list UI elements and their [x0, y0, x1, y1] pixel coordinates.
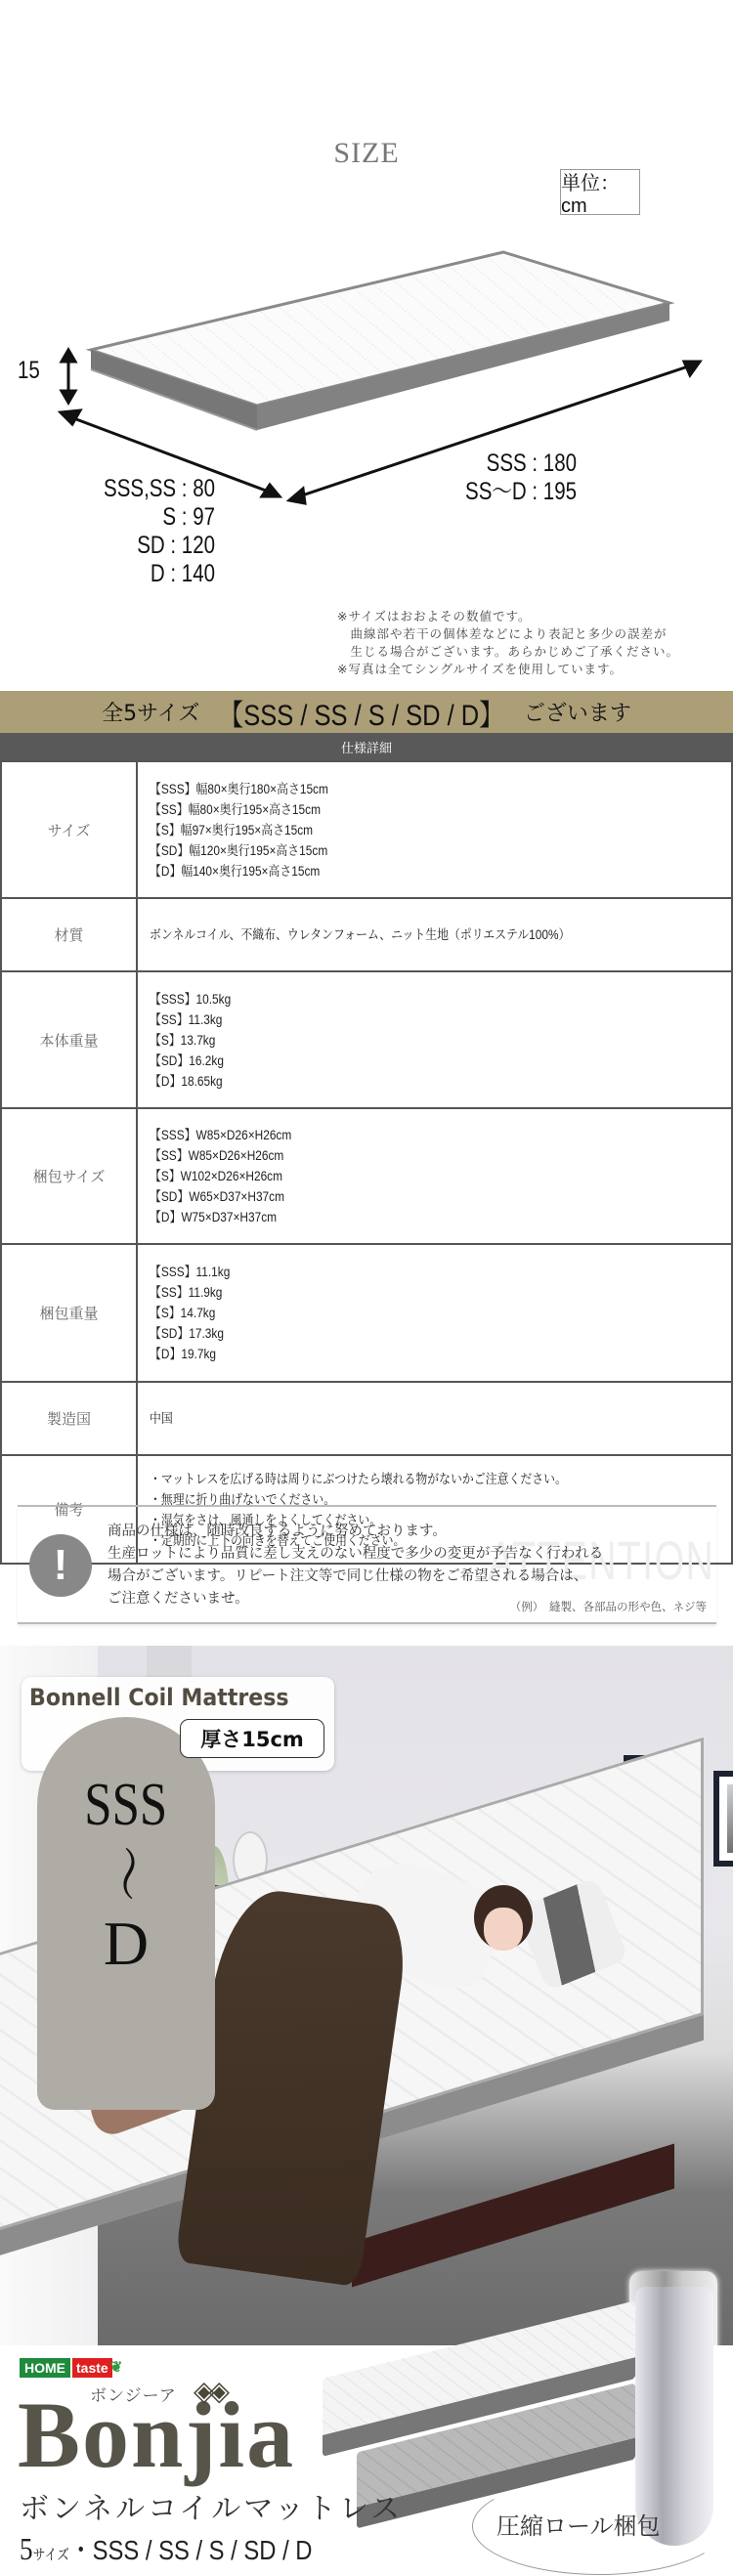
- spec-line: ボンネルコイル、不織布、ウレタンフォーム、ニット生地（ポリエステル100%）: [150, 924, 662, 945]
- spec-line: 【SD】幅120×奥行195×高さ15cm: [150, 840, 662, 861]
- spec-value: 【SSS】W85×D26×H26cm 【SS】W85×D26×H26cm 【S】…: [137, 1108, 732, 1244]
- spec-line: 【D】W75×D37×H37cm: [150, 1207, 662, 1227]
- exclamation-icon: !: [29, 1534, 92, 1597]
- diamond-ornament-icon: ◈◈: [194, 2375, 224, 2407]
- product-badge-title: Bonnell Coil Mattress: [29, 1684, 289, 1711]
- attention-example: （例） 縫製、各部品の形や色、ネジ等: [510, 1599, 707, 1614]
- person-face: [484, 1908, 523, 1951]
- spec-line: 【D】18.65kg: [150, 1071, 662, 1092]
- spec-line: 中国: [150, 1408, 662, 1429]
- spec-line: 【SSS】10.5kg: [150, 989, 662, 1009]
- spec-value: ボンネルコイル、不織布、ウレタンフォーム、ニット生地（ポリエステル100%）: [137, 898, 732, 971]
- width-dimension-sd: SD : 120: [70, 532, 215, 560]
- spec-line: 【SS】W85×D26×H26cm: [150, 1145, 662, 1166]
- brand-kana: ボンジーア: [90, 2382, 177, 2406]
- size-range-bottom: D: [104, 1908, 149, 1980]
- spec-label: 製造国: [1, 1382, 137, 1455]
- size-notes: ※サイズはおおよその数値です。 曲線部や若干の個体差などにより表記と多少の誤差が…: [337, 608, 679, 678]
- picture-frame: [713, 1771, 733, 1867]
- length-dimensions: SSS : 180 SS～D : 195: [449, 450, 577, 506]
- dimension-arrows: [0, 225, 733, 518]
- thickness-badge: 厚さ15cm: [180, 1719, 324, 1758]
- bed-frame: [352, 2144, 674, 2288]
- leaf-icon: ❦: [110, 2358, 123, 2378]
- length-dimension-sss: SSS : 180: [449, 450, 577, 478]
- spec-line: 【SSS】幅80×奥行180×高さ15cm: [150, 779, 662, 799]
- spec-line: 【S】W102×D26×H26cm: [150, 1166, 662, 1186]
- width-dimension-sss-ss: SSS,SS : 80: [70, 475, 215, 503]
- spec-line: 【D】幅140×奥行195×高さ15cm: [150, 861, 662, 881]
- spec-line: 【S】14.7kg: [150, 1303, 662, 1323]
- size-range-arch: SSS ～ D: [37, 1717, 215, 2110]
- spec-line: 【SS】11.3kg: [150, 1009, 662, 1030]
- width-dimension-d: D : 140: [70, 560, 215, 588]
- size-options: ・SSS / SS / S / SD / D: [69, 2535, 313, 2565]
- unit-label: 単位：cm: [560, 169, 640, 215]
- spec-label: 梱包重量: [1, 1244, 137, 1382]
- width-dimension-s: S : 97: [70, 503, 215, 532]
- spec-row-size: サイズ 【SSS】幅80×奥行180×高さ15cm 【SS】幅80×奥行195×…: [1, 761, 732, 898]
- spec-line: 【SSS】W85×D26×H26cm: [150, 1125, 662, 1145]
- spec-value: 【SSS】11.1kg 【SS】11.9kg 【S】14.7kg 【SD】17.…: [137, 1244, 732, 1382]
- spec-row-package-size: 梱包サイズ 【SSS】W85×D26×H26cm 【SS】W85×D26×H26…: [1, 1108, 732, 1244]
- size-count: 5: [20, 2531, 33, 2566]
- spec-line: 【S】13.7kg: [150, 1030, 662, 1051]
- size-title: SIZE: [0, 137, 733, 170]
- spec-line: ・マットレスを広げる時は周りにぶつけたら壊れる物がないかご注意ください。: [150, 1469, 662, 1489]
- spec-label: 梱包サイズ: [1, 1108, 137, 1244]
- spec-label: サイズ: [1, 761, 137, 898]
- spec-row-weight: 本体重量 【SSS】10.5kg 【SS】11.3kg 【S】13.7kg 【S…: [1, 971, 732, 1108]
- height-dimension: 15: [18, 357, 40, 385]
- width-dimensions: SSS,SS : 80 S : 97 SD : 120 D : 140: [70, 475, 215, 588]
- length-dimension-ss-d: SS～D : 195: [449, 478, 577, 506]
- spec-value: 【SSS】10.5kg 【SS】11.3kg 【S】13.7kg 【SD】16.…: [137, 971, 732, 1108]
- spec-label: 材質: [1, 898, 137, 971]
- spec-line: 【SD】W65×D37×H37cm: [150, 1186, 662, 1207]
- attention-box: ATTENTION ! 商品の仕様は、随時改良するように努めております。 生産ロ…: [18, 1505, 716, 1624]
- spec-line: 【SS】11.9kg: [150, 1282, 662, 1303]
- home-taste-logo: HOME taste ❦: [20, 2358, 122, 2378]
- spec-row-origin: 製造国 中国: [1, 1382, 732, 1455]
- spec-line: 【SS】幅80×奥行195×高さ15cm: [150, 799, 662, 820]
- spec-line: 【S】幅97×奥行195×高さ15cm: [150, 820, 662, 840]
- spec-line: 【SSS】11.1kg: [150, 1262, 662, 1282]
- spec-table: サイズ 【SSS】幅80×奥行180×高さ15cm 【SS】幅80×奥行195×…: [0, 760, 733, 1565]
- spec-header: 仕様詳細: [0, 733, 733, 760]
- logo-home: HOME: [20, 2358, 70, 2378]
- logo-taste: taste: [72, 2358, 112, 2378]
- banner-suffix: ございます: [524, 697, 631, 727]
- size-word: サイズ: [33, 2547, 69, 2563]
- spec-line: 【D】19.7kg: [150, 1344, 662, 1364]
- size-range-top: SSS: [85, 1771, 168, 1839]
- spec-line: 【SD】16.2kg: [150, 1051, 662, 1071]
- packaging-label: 圧縮ロール梱包: [496, 2507, 661, 2541]
- size-variants-banner: 全5サイズ 【SSS / SS / S / SD / D】 ございます: [0, 691, 733, 733]
- attention-text: 商品の仕様は、随時改良するように努めております。 生産ロットにより品質に差し支え…: [108, 1521, 603, 1610]
- spec-value: 中国: [137, 1382, 732, 1455]
- size-range-separator: ～: [92, 1845, 160, 1902]
- product-subtitle: ボンネルコイルマットレス: [20, 2484, 403, 2527]
- spec-label: 本体重量: [1, 971, 137, 1108]
- banner-prefix: 全5サイズ: [102, 697, 199, 727]
- spec-row-material: 材質 ボンネルコイル、不織布、ウレタンフォーム、ニット生地（ポリエステル100%…: [1, 898, 732, 971]
- banner-sizes: 【SSS / SS / S / SD / D】: [219, 691, 504, 734]
- size-list: 5サイズ・SSS / SS / S / SD / D: [20, 2529, 312, 2568]
- spec-value: 【SSS】幅80×奥行180×高さ15cm 【SS】幅80×奥行195×高さ15…: [137, 761, 732, 898]
- spec-line: 【SD】17.3kg: [150, 1323, 662, 1344]
- spec-row-package-weight: 梱包重量 【SSS】11.1kg 【SS】11.9kg 【S】14.7kg 【S…: [1, 1244, 732, 1382]
